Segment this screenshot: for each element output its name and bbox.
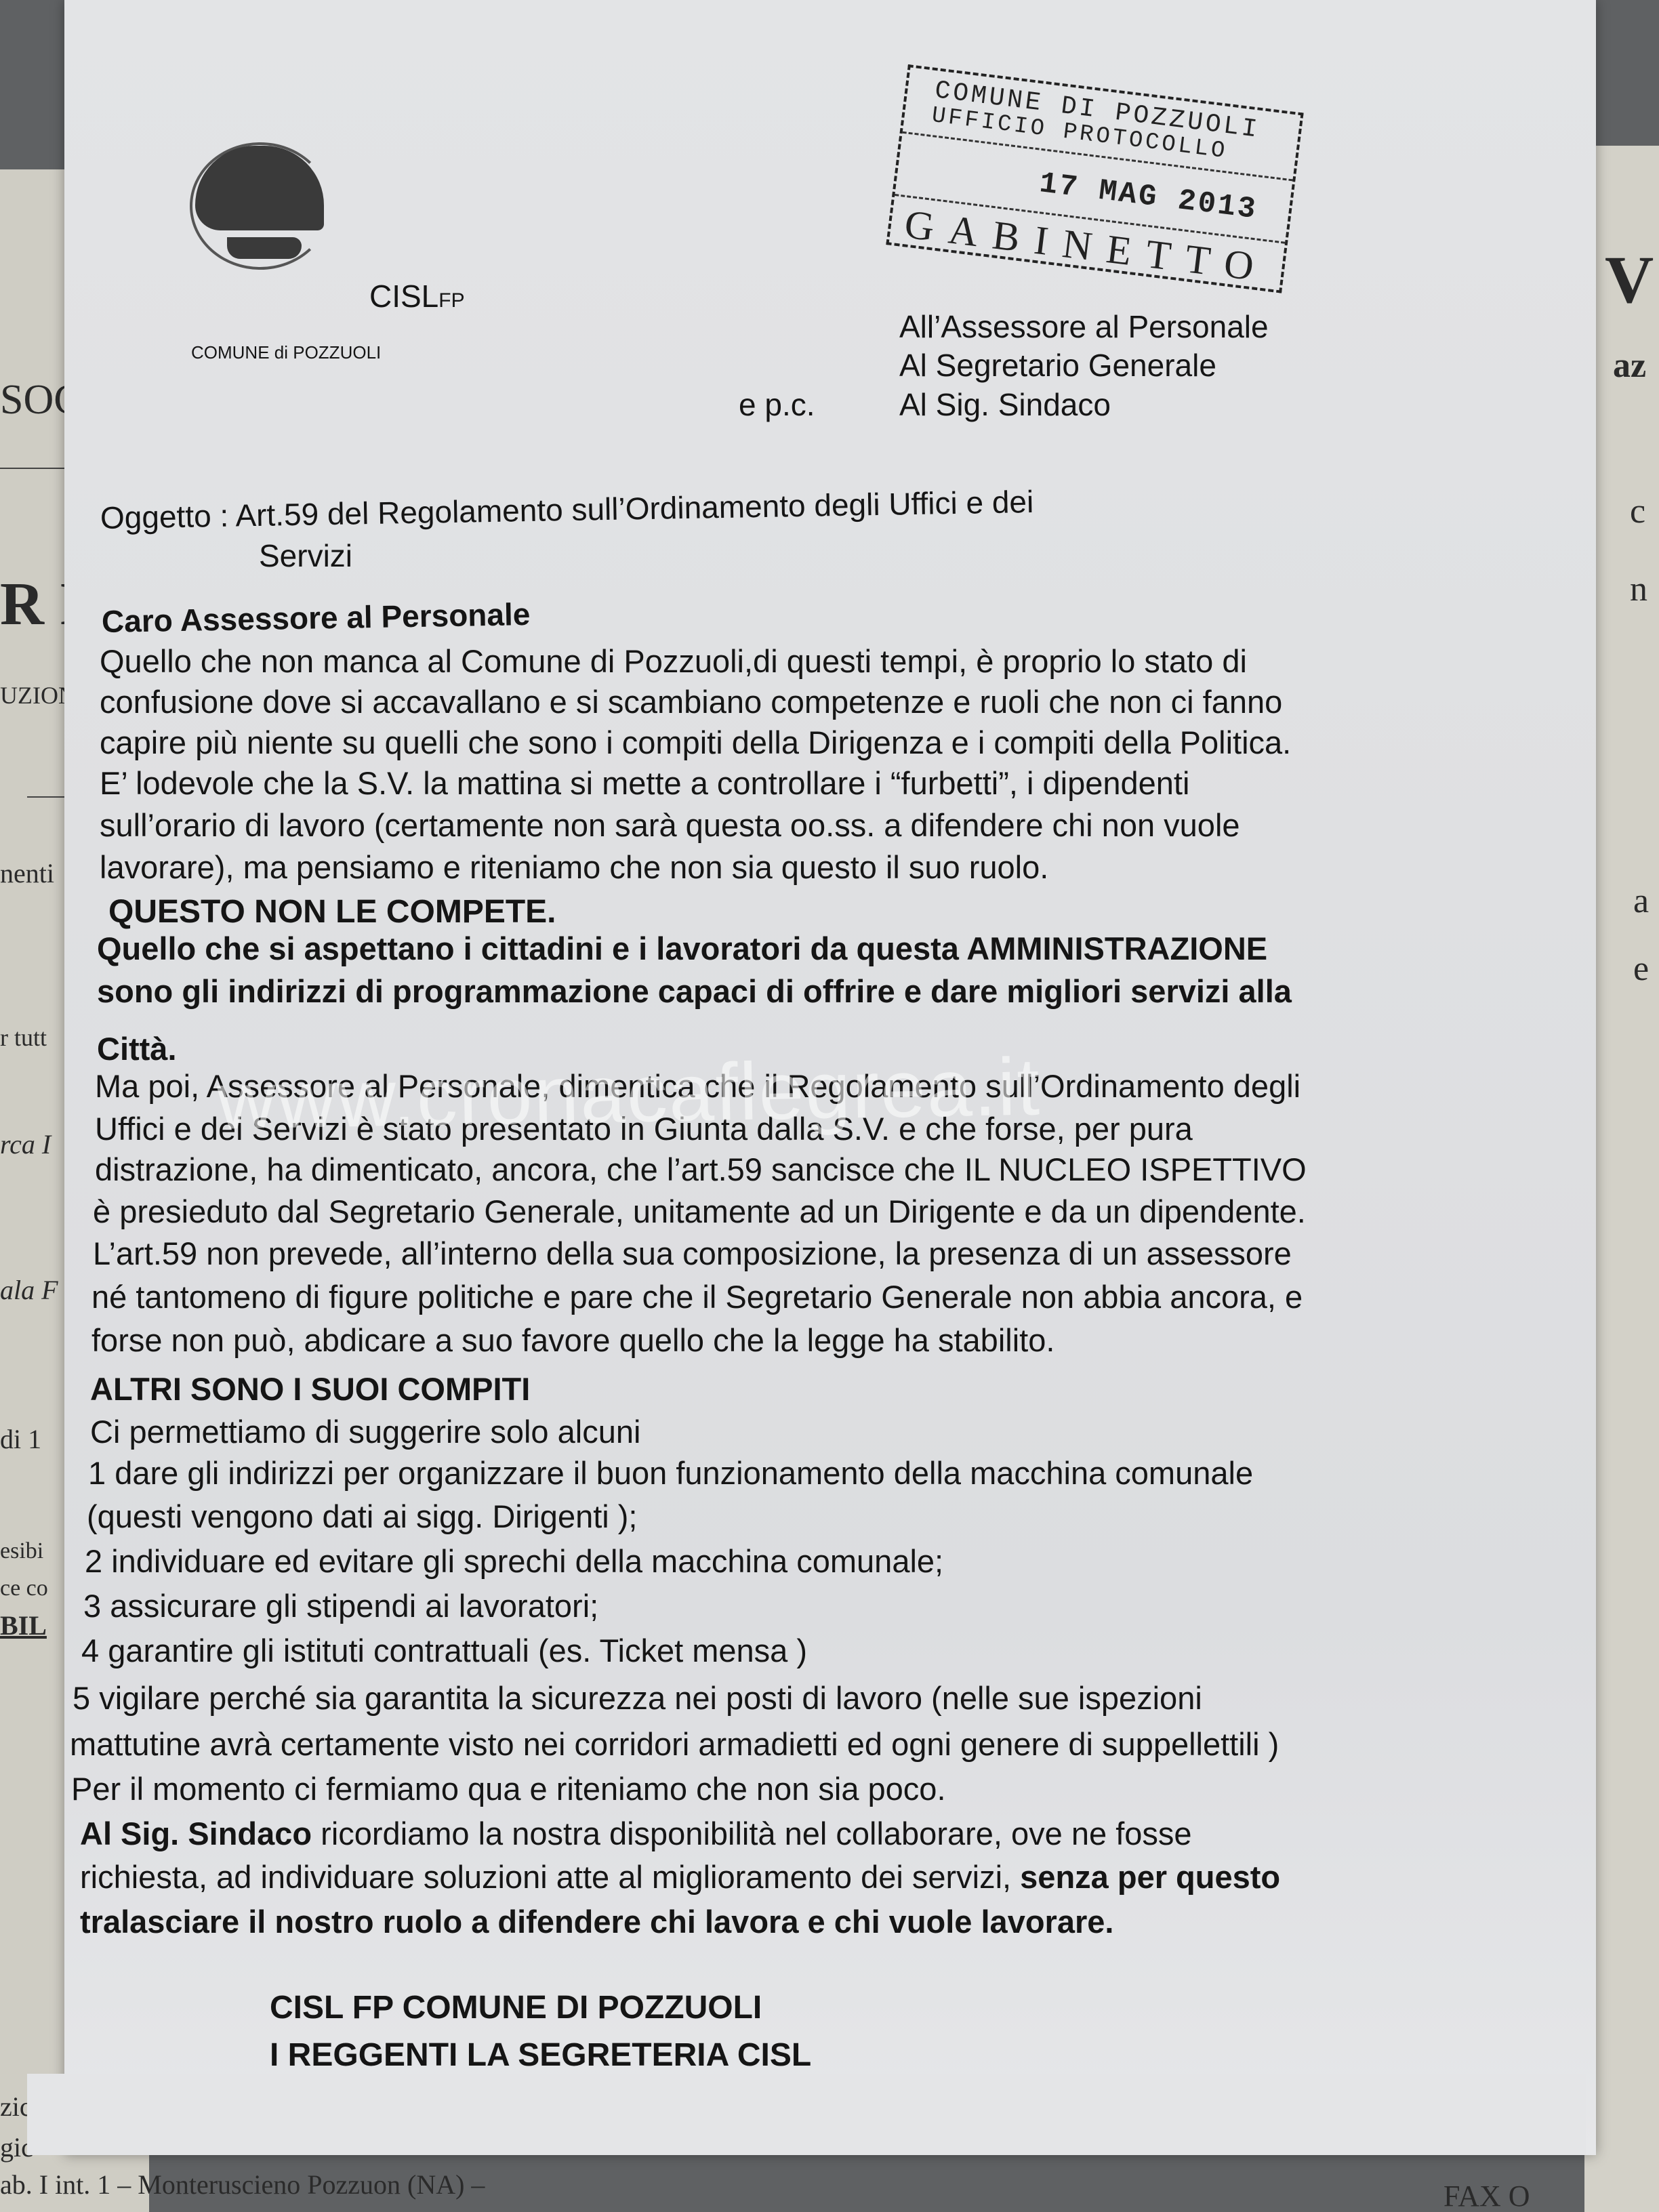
paragraph-line: forse non può, abdicare a suo favore que… [91, 1322, 1054, 1359]
paragraph-line: né tantomeno di figure politiche e pare … [91, 1278, 1303, 1315]
list-item: mattutine avrà certamente visto nei corr… [70, 1725, 1279, 1763]
org-name: CISLFP [369, 278, 465, 314]
mayor-text: richiesta, ad individuare soluzioni atte… [80, 1859, 1020, 1895]
bg-fragment: n [1630, 569, 1647, 609]
recipient-segretario: Al Segretario Generale [899, 347, 1216, 384]
paragraph-line: distrazione, ha dimenticato, ancora, che… [95, 1151, 1307, 1188]
recipient-assessore: All’Assessore al Personale [899, 308, 1269, 345]
mayor-paragraph-line-3: tralasciare il nostro ruolo a difendere … [80, 1903, 1113, 1940]
bg-fragment: az [1613, 346, 1646, 386]
paragraph-line: capire più niente su quelli che sono i c… [100, 724, 1291, 761]
mayor-paragraph-line-2: richiesta, ad individuare soluzioni atte… [80, 1858, 1280, 1896]
list-item: 2 individuare ed evitare gli sprechi del… [85, 1542, 943, 1580]
bg-fragment: a [1633, 881, 1649, 921]
list-item: 1 dare gli indirizzi per organizzare il … [88, 1454, 1253, 1492]
cisl-logo-icon [190, 146, 332, 261]
closing-line: Per il momento ci fermiamo qua e ritenia… [71, 1770, 946, 1807]
org-name-suffix: FP [438, 289, 464, 312]
signature-line-1: CISL FP COMUNE DI POZZUOLI [270, 1989, 762, 2026]
paragraph-line: sull’orario di lavoro (certamente non sa… [100, 806, 1240, 844]
bg-fragment: ala F [0, 1274, 58, 1306]
mayor-paragraph-line-1: Al Sig. Sindaco ricordiamo la nostra dis… [80, 1815, 1192, 1852]
paragraph-line: E’ lodevole che la S.V. la mattina si me… [100, 764, 1189, 802]
subject-label: Oggetto : [100, 498, 229, 535]
signature-line-2: I REGGENTI LA SEGRETERIA CISL [270, 2036, 811, 2074]
bg-fragment: V [1605, 241, 1654, 319]
bg-fragment: r tutt [0, 1023, 47, 1052]
list-intro: Ci permettiamo di suggerire solo alcuni [90, 1413, 640, 1450]
bg-fragment: BIL [0, 1610, 47, 1641]
mayor-text-bold: senza per questo [1020, 1859, 1280, 1895]
mayor-text: ricordiamo la nostra disponibilità nel c… [312, 1816, 1191, 1851]
heading-altri-compiti: ALTRI SONO I SUOI COMPITI [90, 1370, 530, 1408]
bg-fragment: nenti [0, 857, 54, 889]
paragraph-line: Quello che non manca al Comune di Pozzuo… [100, 642, 1247, 680]
bg-fragment: e [1633, 949, 1649, 989]
paragraph-line: confusione dove si accavallano e si scam… [100, 683, 1282, 720]
bg-fragment: ab. I int. 1 – Monteruscieno Pozzuon (NA… [0, 2169, 485, 2200]
paragraph-line: lavorare), ma pensiamo e riteniamo che n… [100, 848, 1048, 886]
salutation: Caro Assessore al Personale [102, 596, 531, 640]
bg-fragment: di 1 [0, 1423, 41, 1455]
letterhead-municipality: COMUNE di POZZUOLI [191, 342, 381, 363]
letter-sheet-fold [27, 2074, 1586, 2155]
heading-questo-non-le-compete: QUESTO NON LE COMPETE. [108, 893, 556, 930]
list-item: (questi vengono dati ai sigg. Dirigenti … [87, 1498, 638, 1535]
epc-label: e p.c. [739, 386, 815, 423]
subject-text-cont: Servizi [259, 537, 352, 574]
paragraph-line: Città. [97, 1030, 177, 1067]
bg-rule [27, 796, 68, 798]
paragraph-line: è presieduto dal Segretario Generale, un… [93, 1193, 1306, 1230]
list-item: 4 garantire gli istituti contrattuali (e… [81, 1632, 807, 1669]
bg-fragment: ce co [0, 1576, 48, 1601]
bg-fragment: FAX O [1443, 2179, 1530, 2212]
list-item: 3 assicurare gli stipendi ai lavoratori; [83, 1587, 598, 1624]
watermark: www.cronacaflegrea.it [216, 1040, 1042, 1147]
bg-fragment: esibi [0, 1538, 43, 1564]
recipient-sindaco: Al Sig. Sindaco [899, 386, 1111, 423]
org-name-main: CISL [369, 279, 438, 314]
mayor-lead: Al Sig. Sindaco [80, 1816, 312, 1851]
paragraph-line: Quello che si aspettano i cittadini e i … [97, 930, 1267, 967]
bg-rule [0, 468, 75, 469]
stamp-date: 17 MAG 2013 [1038, 167, 1259, 227]
paragraph-line: L’art.59 non prevede, all’interno della … [93, 1235, 1292, 1272]
list-item: 5 vigilare perché sia garantita la sicur… [73, 1679, 1202, 1717]
bg-fragment: c [1630, 491, 1645, 531]
bg-fragment: rca I [0, 1128, 51, 1160]
paragraph-line: sono gli indirizzi di programmazione cap… [97, 972, 1292, 1010]
